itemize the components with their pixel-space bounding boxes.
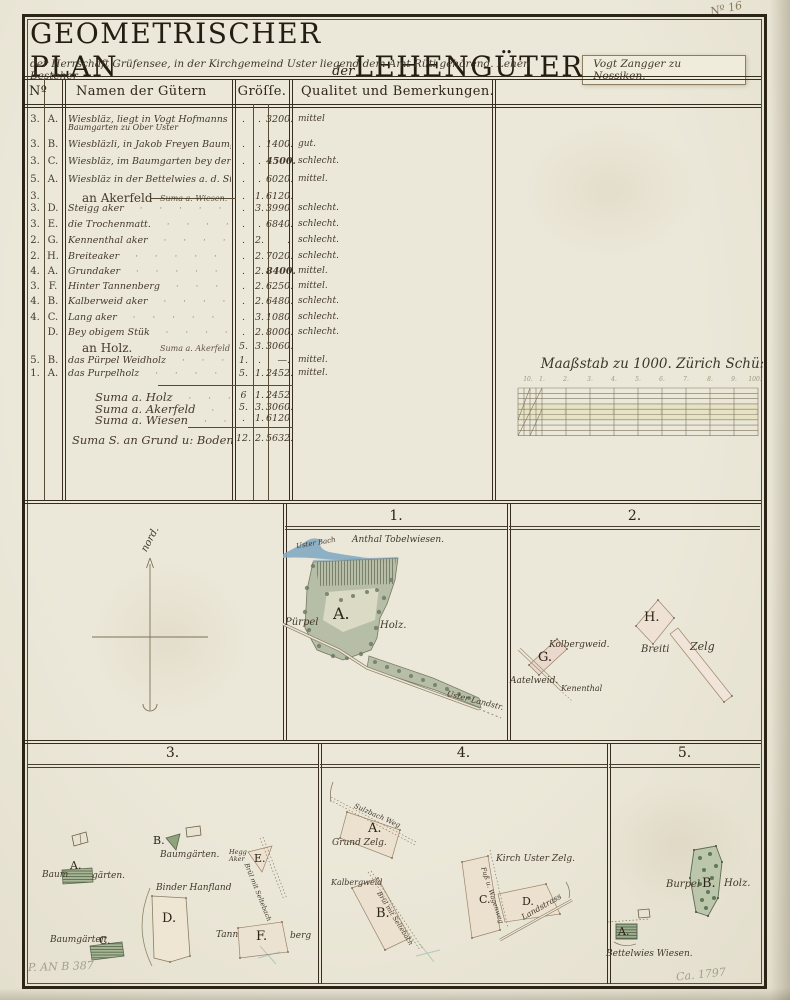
rule (25, 76, 761, 80)
scalebar-tick: 3. (587, 376, 593, 383)
pencil-cross-marks (230, 938, 460, 978)
table-row: 3.B.Wiesbläzli, in Jakob Freyen Baumgart… (0, 139, 790, 152)
panel-2-map-drawing (508, 528, 762, 740)
paper-edge-shadow-bottom (0, 988, 790, 1000)
panel-4-b-left-label: Kalbergweid (331, 878, 382, 887)
panel-2-parcel-h: H. (644, 610, 659, 625)
scalebar-tick: 5. (635, 376, 641, 383)
table-row: 4.C.Lang aker.3.1080schlecht. (0, 312, 790, 325)
panel-4-a-left-label: Grund Zelg. (332, 838, 387, 848)
panel-1-map-drawing (283, 528, 508, 740)
panel-5-parcel-a: A. (618, 925, 629, 938)
scalebar-tick: 100. (748, 376, 761, 383)
panel-3-e-left-label-2: Aker (229, 855, 245, 863)
panel-1-number: 1. (285, 508, 507, 524)
table-row: 5.A.Wiesbläz in der Bettelwies a. d. Str… (0, 174, 790, 187)
rule (25, 740, 761, 744)
plan-sheet: Nº 16 GEOMETRISCHER PLAN der LEHENGÜTERN… (0, 0, 790, 1000)
panel-5-a-label: Bettelwies Wiesen. (606, 949, 693, 959)
table-row: 3.F.Hinter Tannenberg.2.6250.mittel. (0, 281, 790, 294)
table-row: 2.H.Breiteaker.2.7020.schlecht. (0, 251, 790, 264)
panel-5-parcel-b: B. (702, 876, 716, 891)
svg-text:5: 5 (756, 410, 759, 416)
panel-3-a-right-label: gärten. (92, 871, 125, 881)
scalebar-tick: 7. (683, 376, 689, 383)
col-header-no: Nº (29, 84, 47, 99)
panel-2-g-bl-label: Aatelweid. (510, 676, 558, 686)
scalebar-tick: 6. (659, 376, 665, 383)
scalebar-tick: 1. (539, 376, 545, 383)
panel-1-parcel-letter: A. (333, 604, 350, 623)
rule (25, 500, 761, 504)
panel-5-b-right-label: Holz. (724, 878, 750, 889)
panel-2-h-below-label: Breiti (641, 644, 669, 655)
svg-text:5: 5 (612, 410, 615, 416)
table-row: 3.E.die Trochenmatt...6840.schlecht. (0, 219, 790, 232)
compass-drawing (28, 508, 283, 738)
panel-3-a-left-label: Baum (42, 870, 68, 880)
archive-pencil-note: P. AN B 387 (28, 959, 94, 974)
rule (25, 104, 761, 108)
rule (158, 385, 293, 386)
svg-text:5: 5 (564, 410, 567, 416)
scalebar-tick: 2. (563, 376, 569, 383)
col-header-size: Gröſſe. (234, 84, 290, 99)
panel-4-parcel-a: A. (368, 821, 382, 836)
table-row: 3.C.Wiesbläz, im Baumgarten bey der Kehl… (0, 156, 790, 169)
panel-2-h-right-label: Zelg (690, 640, 715, 653)
paper-edge-shadow-right (770, 0, 790, 1000)
panel-5-number: 5. (609, 745, 760, 761)
panel-3-parcel-a: A. (70, 859, 81, 872)
scalebar-title: Maaßstab zu 1000. Zürich Schü: (535, 356, 770, 372)
table-row: 3.A.Wiesbläz, liegt in Vogt HofmannsBaum… (0, 114, 790, 127)
panel-3-number: 3. (27, 745, 318, 761)
panel-4-number: 4. (320, 745, 607, 761)
rule (188, 427, 293, 428)
svg-text:5: 5 (660, 410, 663, 416)
svg-text:5: 5 (708, 410, 711, 416)
panel-4-cd-top-label: Kirch Uster Zelg. (496, 854, 575, 864)
panel-2-parcel-g: G. (538, 650, 552, 665)
scalebar-tick: 9. (731, 376, 737, 383)
panel-3-c-label: Baumgärten (50, 935, 106, 945)
panel-2-number: 2. (509, 508, 760, 524)
panel-2-g-top-label: Kolbergweid. (549, 640, 609, 650)
col-header-name: Namen der Gütern (76, 84, 207, 99)
table-row: 4.A.Grundaker.2.8400.mittel. (0, 266, 790, 279)
panel-3-parcel-d: D. (162, 911, 176, 926)
table-row: 3.D.Steigg aker.3.3990schlecht. (0, 203, 790, 216)
table-row: 2.G.Kennenthal aker.2..schlecht. (0, 235, 790, 248)
scalebar-tick: 10. (523, 376, 533, 383)
table-row: an Holz.Suma a. Akerfeld5.3.3060. (0, 341, 790, 354)
panel-3-d-top-label: Binder Hanfland (156, 883, 231, 893)
panel-5-b-left-label: Burpel (666, 879, 700, 890)
panel-1-left-label: Pürpel (285, 617, 318, 628)
table-row: D.Bey obigem Stük.2.8000.schlecht. (0, 327, 790, 340)
panel-3-b-label: Baumgärten. (160, 850, 219, 860)
scalebar-grid: 555 55 (516, 384, 762, 442)
subtitle: der Herrschaft Grüfensee, in der Kirchge… (30, 55, 746, 85)
panel-2-g-br-label: Kenenthal (561, 684, 602, 693)
lessee-patch: Vogt Zangger zu Nossiken. (582, 55, 746, 85)
col-header-quality: Qualitet und Bemerkungen. (301, 84, 494, 99)
panel-3-parcel-e: E. (254, 852, 266, 865)
panel-3-parcel-b: B. (153, 834, 165, 847)
panel-1-top-label: Anthal Tobelwiesen. (352, 535, 444, 545)
table-row: 4.B.Kalberweid aker.2.6480.schlecht. (0, 296, 790, 309)
scalebar-tick: 8. (707, 376, 713, 383)
panel-1-right-label: Holz. (380, 620, 406, 631)
scalebar-tick: 4. (611, 376, 617, 383)
